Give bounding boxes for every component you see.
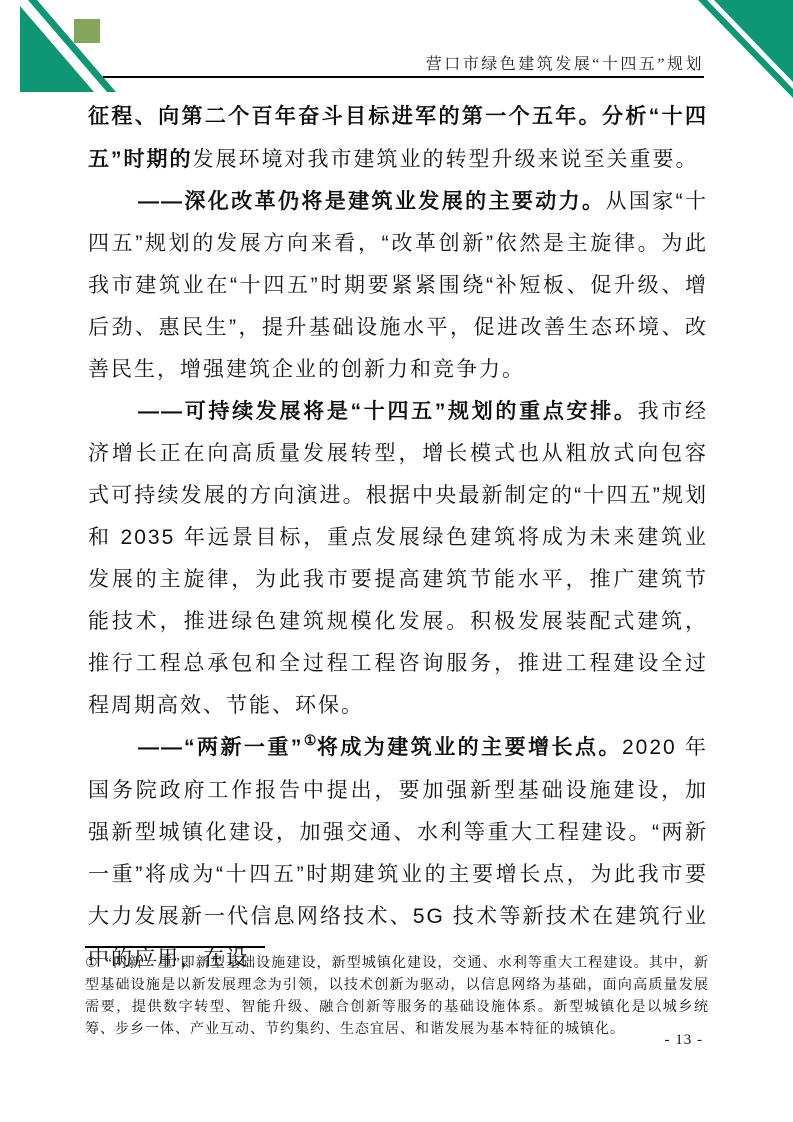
footnote: ①“两新一重”即新型基础设施建设，新型城镇化建设，交通、水利等重大工程建设。其中…: [85, 953, 709, 1041]
paragraph-2: ——深化改革仍将是建筑业发展的主要动力。从国家“十四五”规划的发展方向来看，“改…: [88, 181, 708, 391]
paragraph-1-text: 发展环境对我市建筑业的转型升级来说至关重要。: [193, 147, 699, 171]
document-page: 营口市绿色建筑发展“十四五”规划 征程、向第二个百年奋斗目标进军的第一个五年。分…: [0, 0, 793, 1122]
corner-ornament-left-icon: [14, 0, 120, 92]
paragraph-4-text: 2020 年国务院政府工作报告中提出，要加强新型基础设施建设，加强新型城镇化建设…: [88, 736, 708, 970]
paragraph-4-bold-lead-continued: 将成为建筑业的主要增长点。: [317, 736, 622, 759]
footnote-text: “两新一重”即新型基础设施建设，新型城镇化建设，交通、水利等重大工程建设。其中，…: [85, 956, 709, 1037]
header-title: 营口市绿色建筑发展“十四五”规划: [426, 51, 704, 74]
green-square-icon: [74, 19, 100, 43]
paragraph-3-bold-lead: ——可持续发展将是“十四五”规划的重点安排。: [138, 400, 638, 423]
paragraph-3: ——可持续发展将是“十四五”规划的重点安排。我市经济增长正在向高质量发展转型，增…: [88, 391, 708, 727]
corner-right-triangle: [714, 0, 793, 82]
paragraph-4-bold-lead: ——“两新一重”: [138, 736, 303, 759]
paragraph-3-text: 我市经济增长正在向高质量发展转型，增长模式也从粗放式向包容式可持续发展的方向演进…: [88, 400, 708, 717]
corner-ornament-right-icon: [693, 0, 793, 108]
document-body: 征程、向第二个百年奋斗目标进军的第一个五年。分析“十四五”时期的发展环境对我市建…: [88, 96, 708, 980]
page-number: - 13 -: [665, 1032, 704, 1049]
footnote-separator-rule: [85, 946, 265, 948]
paragraph-4: ——“两新一重”①将成为建筑业的主要增长点。2020 年国务院政府工作报告中提出…: [88, 727, 708, 980]
paragraph-2-bold-lead: ——深化改革仍将是建筑业发展的主要动力。: [138, 190, 605, 213]
paragraph-2-text: 从国家“十四五”规划的发展方向来看，“改革创新”依然是主旋律。为此我市建筑业在“…: [88, 190, 708, 381]
header-rule: [103, 76, 704, 78]
footnote-marker: ①: [85, 956, 99, 971]
footnote-reference-mark: ①: [303, 732, 317, 748]
paragraph-1: 征程、向第二个百年奋斗目标进军的第一个五年。分析“十四五”时期的发展环境对我市建…: [88, 96, 708, 181]
green-square-rect: [74, 19, 100, 43]
